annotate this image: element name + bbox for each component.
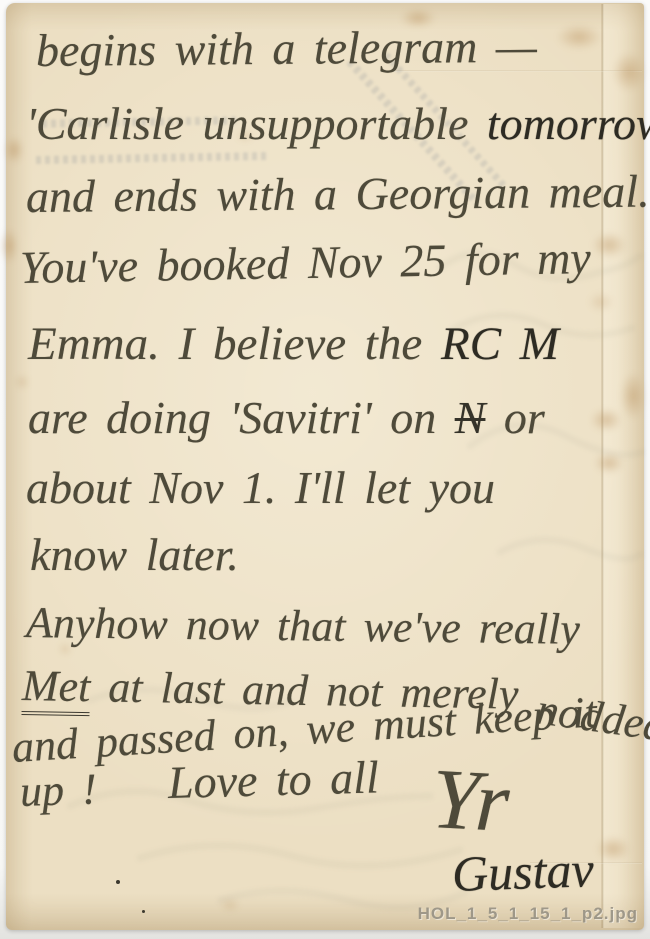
letter-line-1: begins with a telegram — (36, 20, 537, 77)
letter-line-9: Anyhow now that we've really (26, 597, 580, 655)
signature-name: Gustav (451, 840, 595, 903)
scanned-letter-page: { "page": { "watermark": "HOL_1_5_1_15_1… (0, 0, 650, 939)
letter-line-6-text: are doing 'Savitri' on (28, 392, 455, 443)
archive-filename-watermark: HOL_1_5_1_15_1_p2.jpg (418, 904, 638, 924)
letter-line-10-underlined-word: Met (21, 661, 90, 716)
letter-line-2-emphasis: tomorrow' (487, 98, 650, 149)
letter-line-5: Emma. I believe the RC M (28, 317, 559, 371)
letter-line-5-text: Emma. I believe the (28, 318, 441, 370)
letter-line-3: and ends with a Georgian meal. (26, 165, 650, 223)
letter-line-6: are doing 'Savitri' on N or (28, 391, 545, 444)
letter-line-5-initials: RC M (441, 318, 559, 370)
letter-line-8: know later. (30, 528, 239, 581)
letter-line-2-text: 'Carlisle unsupportable (26, 98, 487, 149)
letter-line-4: You've booked Nov 25 for my (20, 231, 592, 294)
letter-line-2: 'Carlisle unsupportable tomorrow' (26, 97, 650, 150)
signature-valediction: Yr (429, 748, 507, 852)
letter-valediction-love: Love to all (167, 750, 379, 808)
letter-line-6-strikethrough: N (455, 392, 486, 443)
letter-line-7: about Nov 1. I'll let you (26, 461, 495, 514)
letter-line-6-end: or (485, 392, 544, 443)
letter-line-12-up: up ! (19, 763, 97, 817)
